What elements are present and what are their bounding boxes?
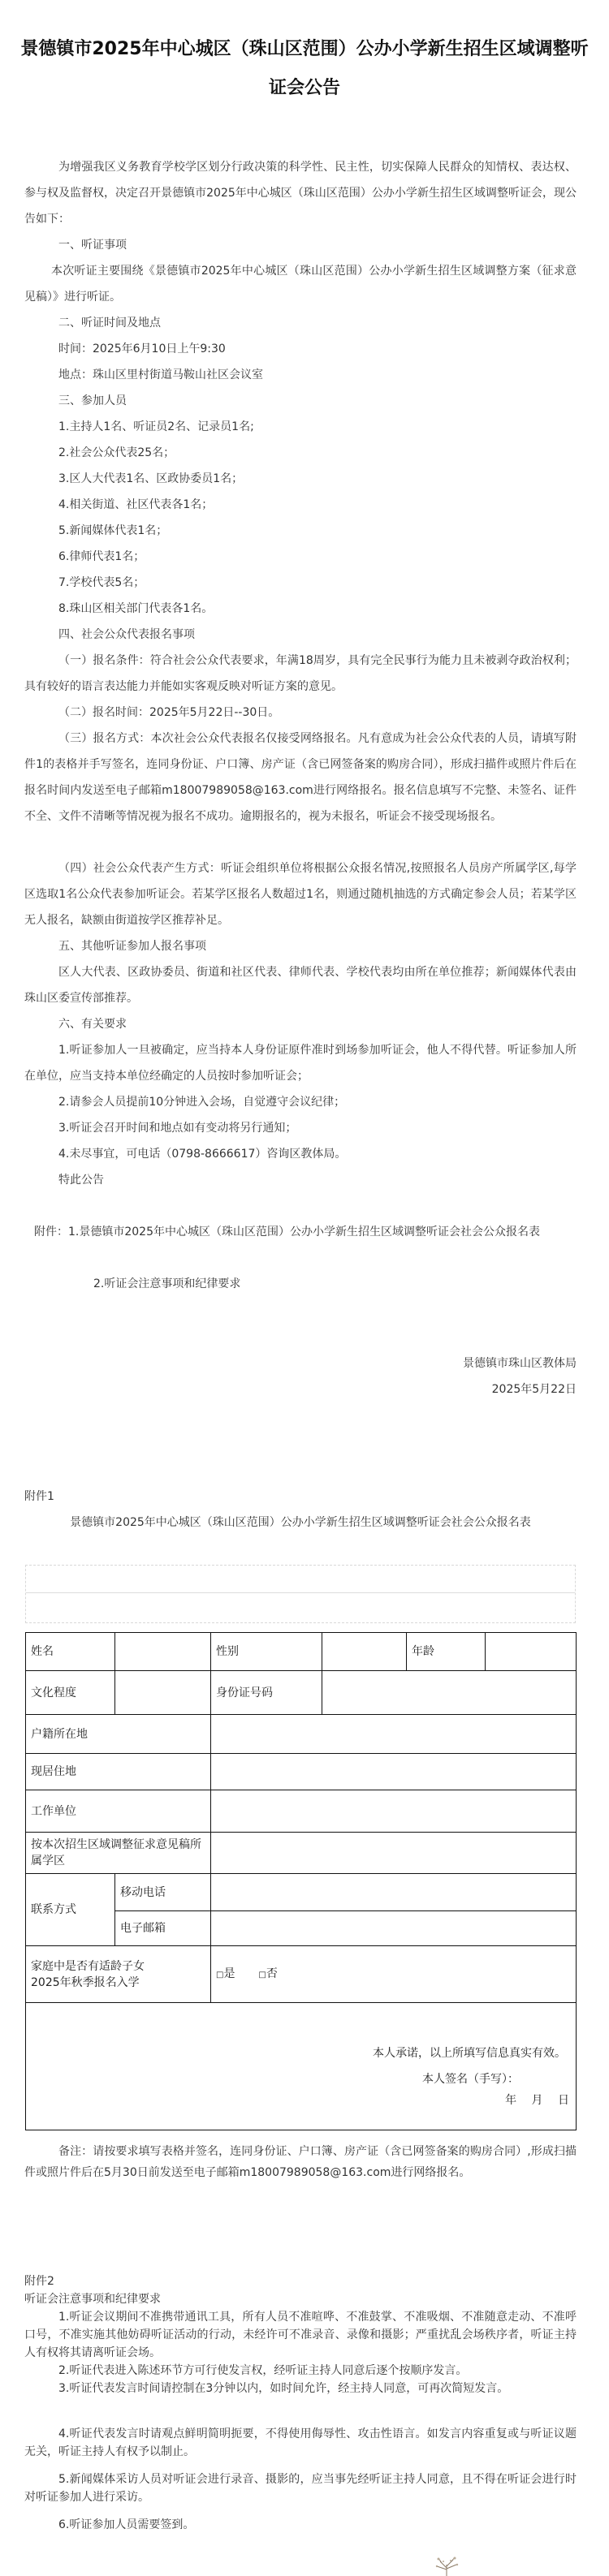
discipline-item: 1.听证会议期间不准携带通讯工具，所有人员不准喧哗、不准鼓掌、不准吸烟、不准随意… [24,2308,577,2362]
registration-period: （二）报名时间：2025年5月22日--30日。 [24,700,577,726]
discipline-item: 6.听证参加人员需要签到。 [24,2516,577,2534]
form-row-employer: 工作单位 [26,1790,577,1833]
section-5-body: 区人大代表、区政协委员、街道和社区代表、律师代表、学校代表均由所在单位推荐；新闻… [24,959,577,1011]
hukou-label: 户籍所在地 [26,1715,211,1754]
section-2-heading: 二、听证时间及地点 [24,310,577,336]
email-label: 电子邮箱 [115,1911,211,1946]
form-row-pledge: 本人承诺，以上所填写信息真实有效。 本人签名（手写）： 年 月 日 [26,2003,577,2130]
residence-label: 现居住地 [26,1754,211,1790]
placeholder-divider [26,1592,575,1593]
form-row-education: 文化程度 身份证号码 [26,1671,577,1715]
education-field[interactable] [115,1671,211,1715]
id-number-label: 身份证号码 [211,1671,322,1715]
form-row-basic: 姓名 性别 年龄 [26,1633,577,1671]
discipline-item: 3.听证代表发言时间请控制在3分钟以内，如时间允许，经主持人同意，可再次简短发言… [24,2380,577,2397]
no-label: 否 [266,1967,278,1980]
yes-label: 是 [223,1967,235,1980]
hearing-place: 地点：珠山区里村街道马鞍山社区会议室 [24,362,577,388]
discipline-item: 5.新闻媒体采访人员对听证会进行录音、摄影的，应当事先经听证主持人同意，且不得在… [24,2470,577,2506]
registration-conditions: （一）报名条件：符合社会公众代表要求，年满18周岁，具有完全民事行为能力且未被剥… [24,648,577,700]
section-3-heading: 三、参加人员 [24,388,577,414]
employer-field[interactable] [211,1790,577,1833]
gender-label: 性别 [211,1633,322,1671]
mobile-label: 移动电话 [115,1874,211,1911]
child-answer-field: □是 □否 [211,1946,577,2003]
age-label: 年龄 [407,1633,486,1671]
representative-selection: （四）社会公众代表产生方式：听证会组织单位将根据公众报名情况,按照报名人员房产所… [24,855,577,933]
registration-method: （三）报名方式：本次社会公众代表报名仅接受网络报名。凡有意成为社会公众代表的人员… [24,726,577,829]
participant-item: 6.律师代表1名； [24,544,577,570]
section-1-body: 本次听证主要围绕《景德镇市2025年中心城区（珠山区范围）公办小学新生招生区域调… [24,258,577,310]
issuing-organization: 景德镇市珠山区教体局 [24,1350,577,1376]
education-label: 文化程度 [26,1671,115,1715]
form-row-residence: 现居住地 [26,1754,577,1790]
participant-item: 2.社会公众代表25名； [24,440,577,466]
form-note: 备注：请按要求填写表格并签名，连同身份证、户口簿、房产证（含已网签备案的购房合同… [24,2141,577,2183]
mobile-field[interactable] [211,1874,577,1911]
discipline-item: 2.听证代表进入陈述环节方可行使发言权，经听证主持人同意后逐个按顺序发言。 [24,2362,577,2380]
name-label: 姓名 [26,1633,115,1671]
employer-label: 工作单位 [26,1790,211,1833]
pledge-cell: 本人承诺，以上所填写信息真实有效。 本人签名（手写）： 年 月 日 [26,2003,577,2130]
requirement-item: 1.听证参加人一旦被确定，应当持本人身份证原件准时到场参加听证会，他人不得代替。… [24,1037,577,1089]
district-label: 按本次招生区域调整征求意见稿所属学区 [26,1833,211,1874]
section-6-heading: 六、有关要求 [24,1011,577,1037]
signature-label: 本人签名（手写）： [422,2071,519,2087]
attachment-1-label: 附件1 [24,1484,577,1510]
section-4-heading: 四、社会公众代表报名事项 [24,622,577,648]
id-number-field[interactable] [322,1671,577,1715]
registration-form-table: 姓名 性别 年龄 文化程度 身份证号码 户籍所在地 现居住地 工作单位 按本次招… [25,1632,577,2130]
attachment-2-label: 附件2 [24,2272,577,2290]
attachment-2-title: 听证会注意事项和纪律要求 [24,2290,577,2308]
tree-decoration-icon [414,2557,479,2576]
discipline-item: 4.听证代表发言时请观点鲜明简明扼要，不得使用侮辱性、攻击性语言。如发言内容重复… [24,2425,577,2461]
empty-placeholder-table [25,1565,576,1623]
requirement-item: 2.请参会人员提前10分钟进入会场，自觉遵守会议纪律； [24,1089,577,1115]
issue-date: 2025年5月22日 [24,1376,577,1402]
attachment-1-title: 景德镇市2025年中心城区（珠山区范围）公办小学新生招生区域调整听证会社会公众报… [24,1510,577,1536]
participant-item: 3.区人大代表1名、区政协委员1名； [24,466,577,492]
name-field[interactable] [115,1633,211,1671]
page-title: 景德镇市2025年中心城区（珠山区范围）公办小学新生招生区域调整听证会公告 [16,30,593,108]
participant-item: 1.主持人1名、听证员2名、记录员1名; [24,414,577,440]
residence-field[interactable] [211,1754,577,1790]
hukou-field[interactable] [211,1715,577,1754]
requirement-item: 3.听证会召开时间和地点如有变动将另行通知； [24,1115,577,1141]
pledge-statement: 本人承诺，以上所填写信息真实有效。 [373,2045,566,2061]
district-field[interactable] [211,1833,577,1874]
attachment-list-item-2: 2.听证会注意事项和纪律要求 [24,1271,577,1297]
child-question-label: 家庭中是否有适龄子女2025年秋季报名入学 [26,1946,211,2003]
form-row-mobile: 联系方式 移动电话 [26,1874,577,1911]
closing-remark: 特此公告 [24,1167,577,1193]
participant-item: 7.学校代表5名； [24,570,577,596]
hearing-time: 时间：2025年6月10日上午9:30 [24,336,577,362]
form-row-child: 家庭中是否有适龄子女2025年秋季报名入学 □是 □否 [26,1946,577,2003]
email-field[interactable] [211,1911,577,1946]
signature-date: 年 月 日 [505,2092,569,2109]
section-1-heading: 一、听证事项 [24,232,577,258]
participant-item: 5.新闻媒体代表1名； [24,518,577,544]
age-field[interactable] [486,1633,577,1671]
attachment-list-item-1: 附件：1.景德镇市2025年中心城区（珠山区范围）公办小学新生招生区域调整听证会… [24,1219,577,1245]
participant-item: 8.珠山区相关部门代表各1名。 [24,596,577,622]
gender-field[interactable] [322,1633,407,1671]
form-row-hukou: 户籍所在地 [26,1715,577,1754]
requirement-item: 4.未尽事宜，可电话（0798-8666617）咨询区教体局。 [24,1141,577,1167]
section-5-heading: 五、其他听证参加人报名事项 [24,933,577,959]
intro-paragraph: 为增强我区义务教育学校学区划分行政决策的科学性、民主性，切实保障人民群众的知情权… [24,154,577,232]
participant-item: 4.相关街道、社区代表各1名； [24,492,577,518]
no-checkbox[interactable]: □ [258,1971,266,1979]
contact-label: 联系方式 [26,1874,115,1946]
form-row-district: 按本次招生区域调整征求意见稿所属学区 [26,1833,577,1874]
